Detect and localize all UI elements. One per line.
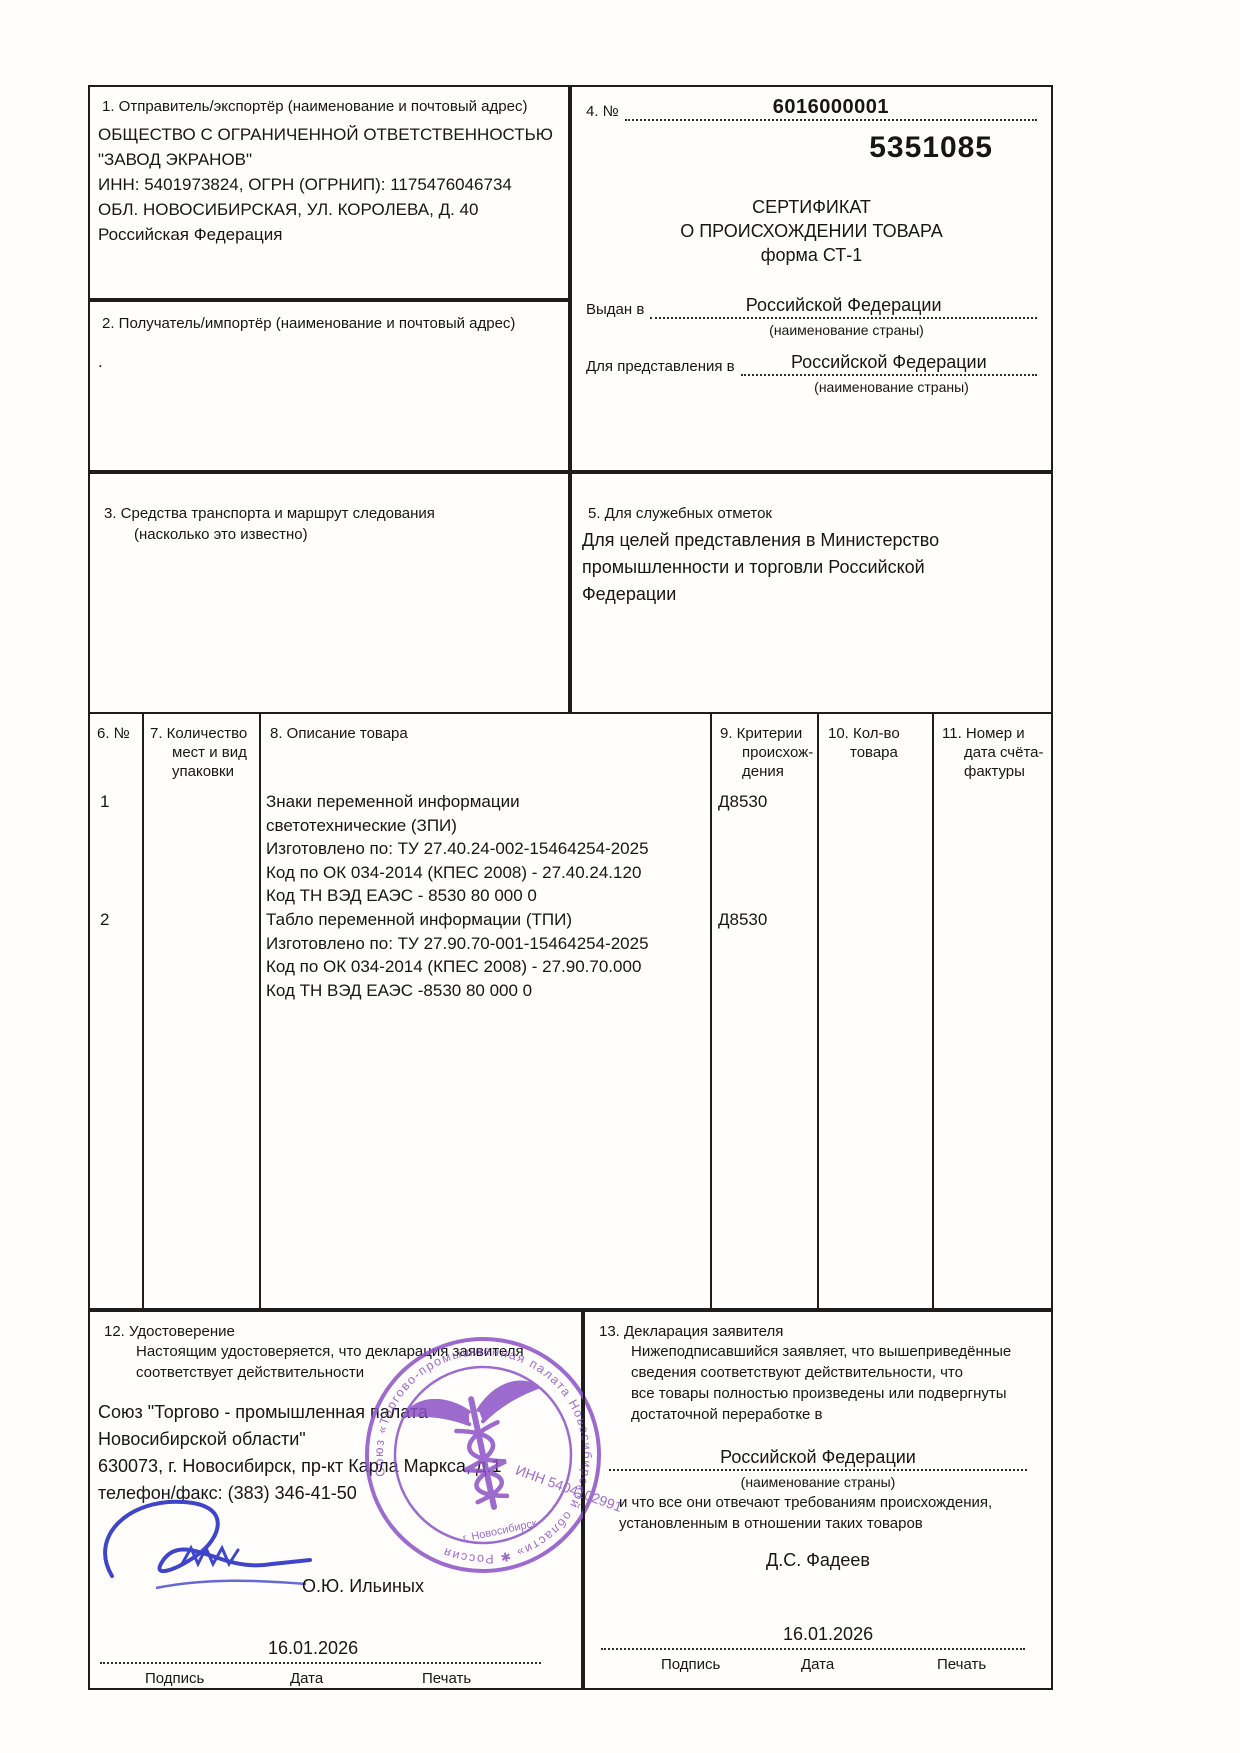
row2-description: Табло переменной информации (ТПИ) Изгото… [266,908,706,1002]
row2-num: 2 [100,908,109,932]
certificate-number-row: 4. № 6016000001 [586,97,1037,121]
box5-text: Для целей представления в Министерство п… [582,527,1041,608]
table-divider-3 [710,714,712,1308]
box13-signature-line [601,1648,1025,1650]
box-transport-route: 3. Средства транспорта и маршрут следова… [88,472,570,712]
header-invoice: 11. Номер и дата счёта- фактуры [942,724,1070,781]
box13-stamp-label: Печать [937,1656,986,1673]
box12-date: 16.01.2026 [268,1638,358,1659]
box12-stamp-label: Печать [422,1670,471,1687]
header-description: 8. Описание товара [270,724,592,743]
issued-in-label: Выдан в [586,301,644,319]
goods-table: 6. № 7. Количество мест и вид упаковки 8… [88,712,1053,1310]
box13-label: 13. Декларация заявителя [599,1322,1041,1341]
box-sender-exporter: 1. Отправитель/экспортёр (наименование и… [88,85,570,300]
row2-origin-criteria: Д8530 [718,908,767,932]
certificate-blank-number: 5351085 [572,131,1051,165]
certificate-title-line2: О ПРОИСХОЖДЕНИИ ТОВАРА [572,219,1051,243]
box12-text: Настоящим удостоверяется, что декларация… [136,1341,571,1383]
box-official-notes: 5. Для служебных отметок Для целей предс… [570,472,1053,712]
signature-stroke [105,1502,310,1576]
presented-in-value: Российской Федерации [741,352,1037,376]
row1-description: Знаки переменной информации светотехниче… [266,790,706,908]
box12-label: 12. Удостоверение [104,1322,571,1341]
box13-signer: Д.С. Фадеев [585,1550,1051,1571]
box3-sublabel: (насколько это известно) [134,525,568,544]
signature-underline [156,1581,306,1588]
box3-label: 3. Средства транспорта и маршрут следова… [104,504,558,523]
presented-in-label: Для представления в [586,358,735,376]
box13-text: Нижеподписавшийся заявляет, что вышеприв… [631,1341,1043,1425]
header-packages: 7. Количество мест и вид упаковки [150,724,276,781]
certificate-title: СЕРТИФИКАТ О ПРОИСХОЖДЕНИИ ТОВАРА форма … [572,195,1051,267]
table-divider-1 [142,714,144,1308]
box13-country-value: Российской Федерации [609,1447,1027,1471]
handwritten-signature [96,1492,356,1622]
box13-text2: и что все они отвечают требованиям проис… [619,1492,1043,1534]
table-divider-5 [932,714,934,1308]
box4-label: 4. № [586,103,619,121]
box5-label: 5. Для служебных отметок [588,504,1041,523]
box12-signature-label: Подпись [145,1670,204,1687]
table-divider-2 [259,714,261,1308]
box12-signer: О.Ю. Ильиных [302,1576,424,1597]
box13-signature-label: Подпись [661,1656,720,1673]
box12-date-label: Дата [290,1670,323,1687]
box1-label: 1. Отправитель/экспортёр (наименование и… [102,97,558,116]
box13-country-hint: (наименование страны) [585,1474,1051,1490]
row1-origin-criteria: Д8530 [718,790,767,814]
issued-in-row: Выдан в Российской Федерации [586,295,1037,319]
table-divider-4 [817,714,819,1308]
presented-country-hint: (наименование страны) [572,379,1051,395]
box13-date: 16.01.2026 [783,1624,873,1645]
issued-country-hint: (наименование страны) [572,322,1051,338]
header-origin-criteria: 9. Критерии происхож- дения [720,724,834,781]
box-certificate-header: 4. № 6016000001 5351085 СЕРТИФИКАТ О ПРО… [570,85,1053,472]
box2-value: . [98,349,568,374]
box-consignee-importer: 2. Получатель/импортёр (наименование и п… [88,300,570,472]
box12-signature-line [100,1662,541,1664]
header-quantity: 10. Кол-во товара [828,724,950,762]
stamp-city-text: г. Новосибирск [462,1517,538,1544]
row1-num: 1 [100,790,109,814]
certificate-title-line3: форма СТ-1 [572,243,1051,267]
box-declaration: 13. Декларация заявителя Нижеподписавший… [583,1310,1053,1690]
box1-value: ОБЩЕСТВО С ОГРАНИЧЕННОЙ ОТВЕТСТВЕННОСТЬЮ… [98,122,560,247]
certificate-of-origin-page: 1. Отправитель/экспортёр (наименование и… [0,0,1240,1753]
box-certification: 12. Удостоверение Настоящим удостоверяет… [88,1310,583,1690]
presented-in-row: Для представления в Российской Федерации [586,352,1037,376]
box2-label: 2. Получатель/импортёр (наименование и п… [102,314,558,333]
certificate-title-line1: СЕРТИФИКАТ [572,195,1051,219]
box13-date-label: Дата [801,1656,834,1673]
issued-in-value: Российской Федерации [650,295,1037,319]
certificate-number-value: 6016000001 [625,97,1037,121]
box12-org: Союз "Торгово - промышленная палата Ново… [98,1399,573,1507]
